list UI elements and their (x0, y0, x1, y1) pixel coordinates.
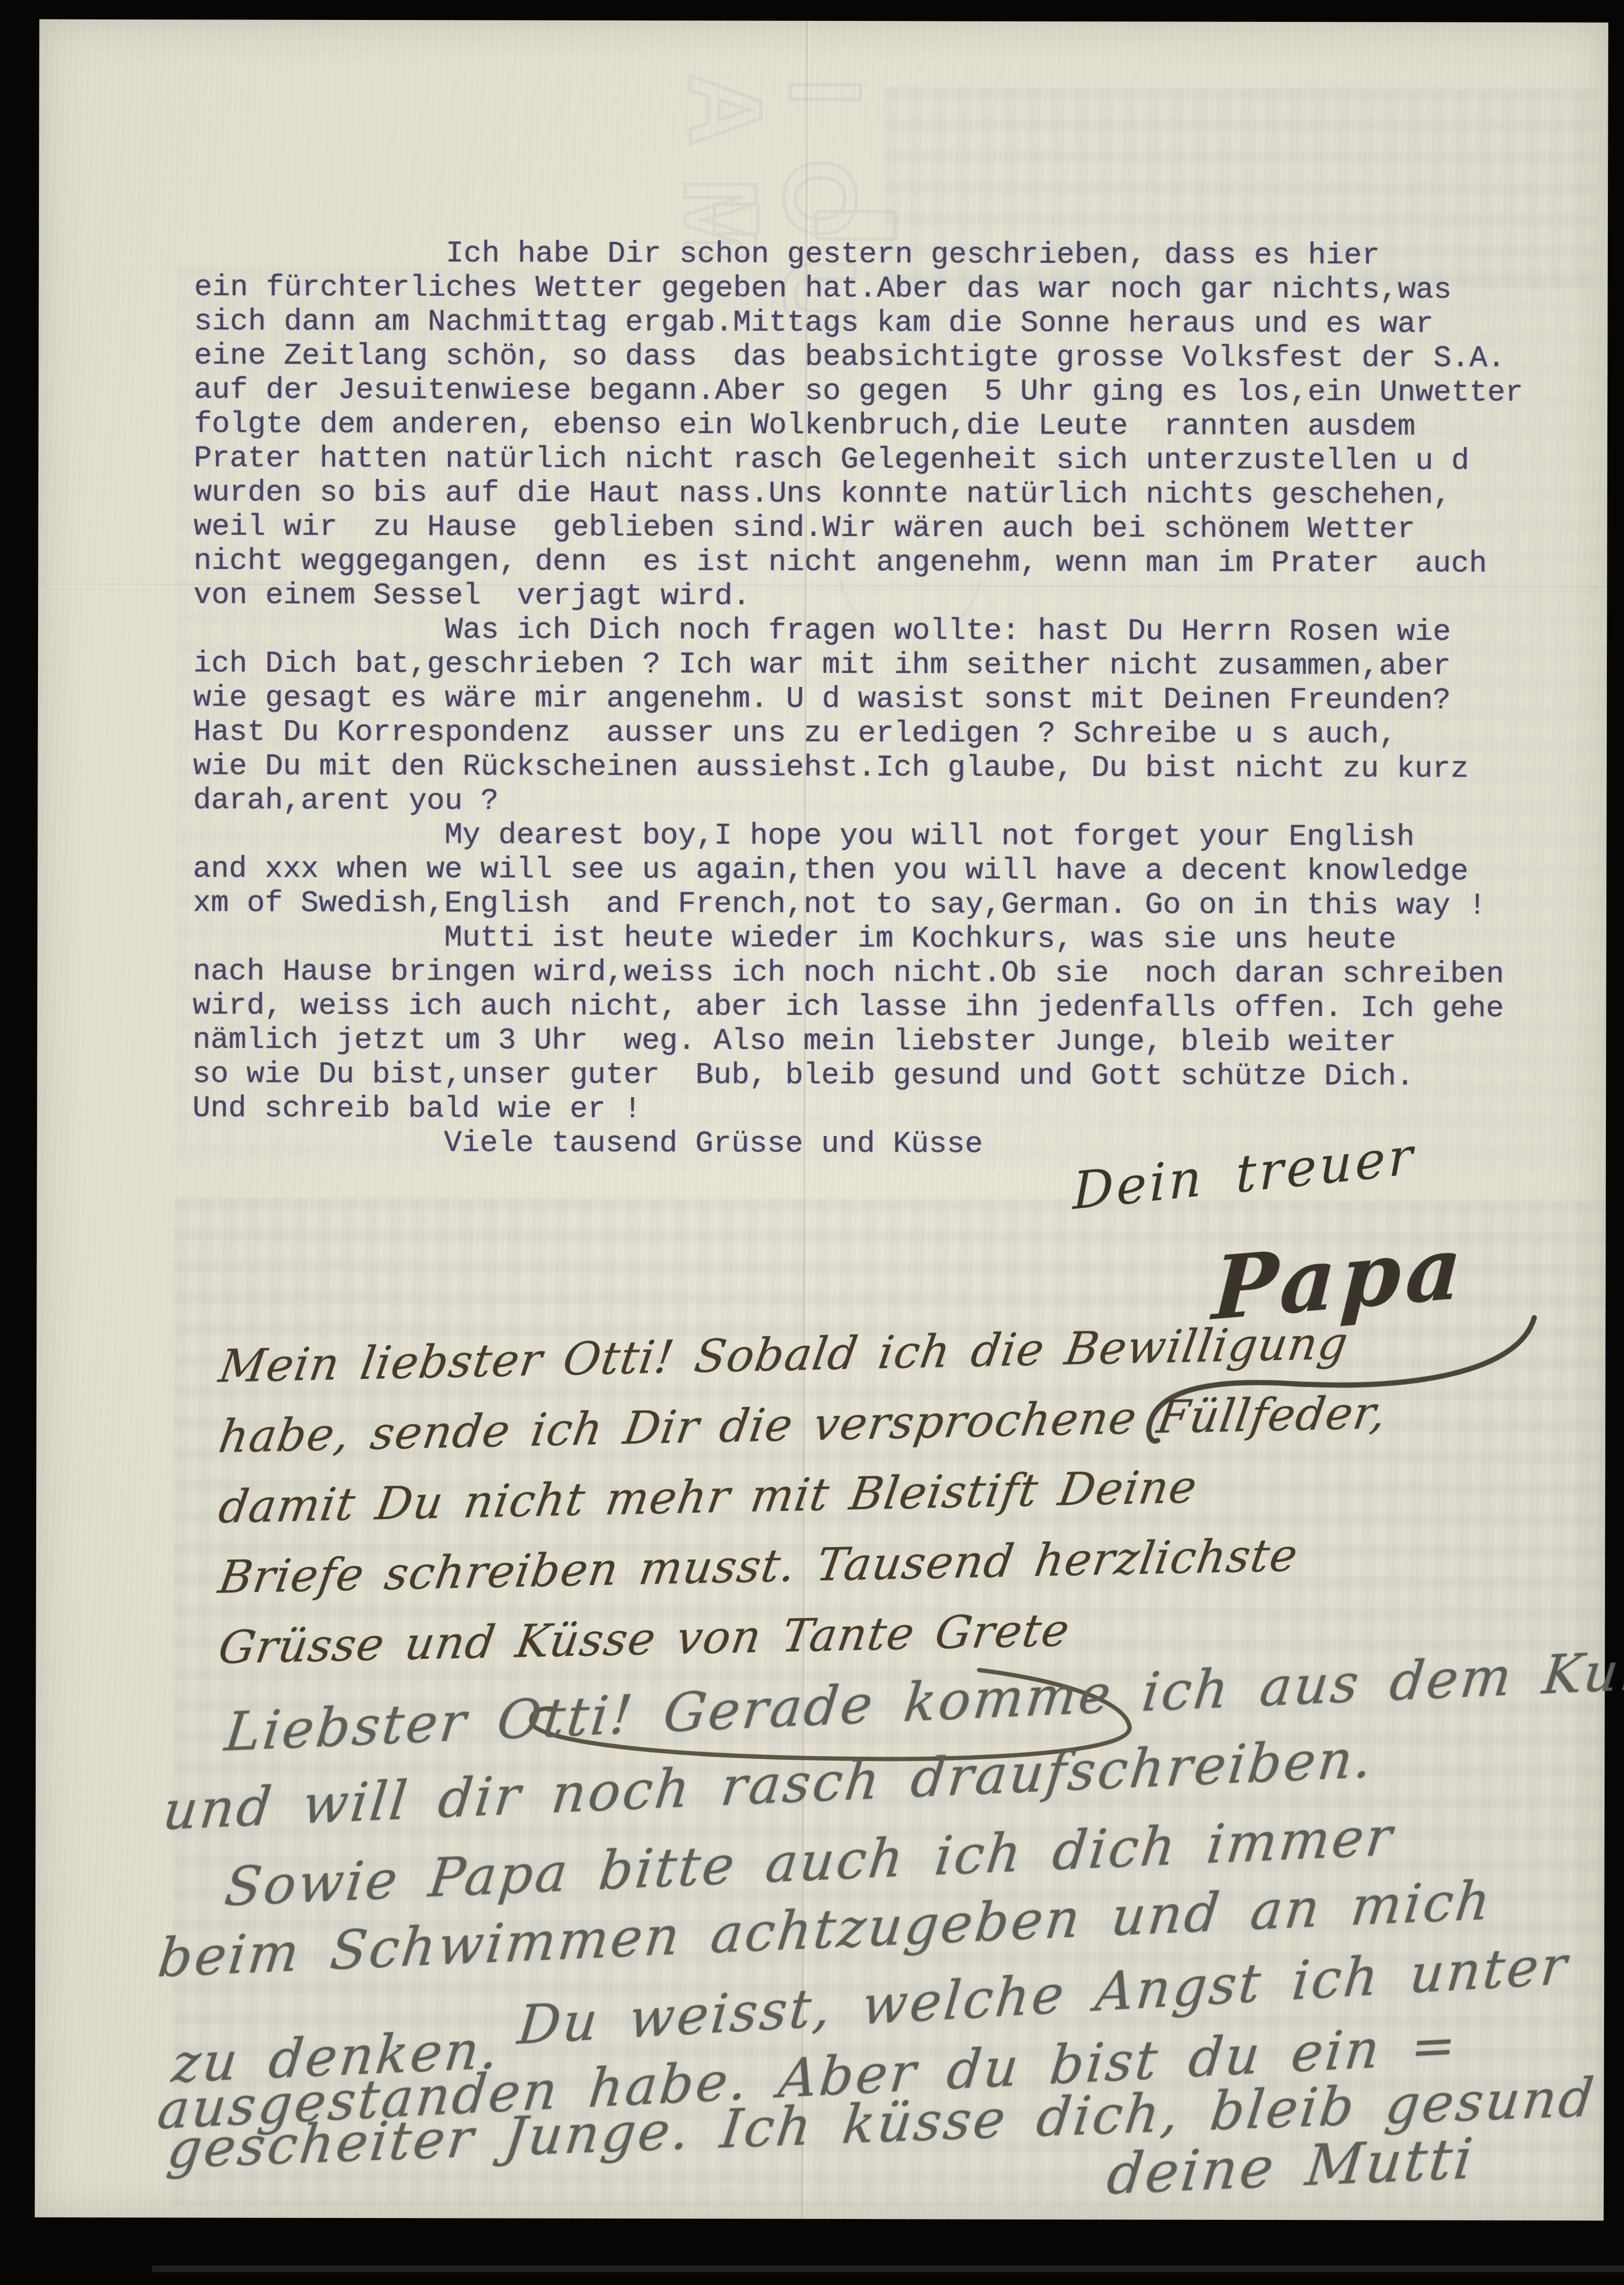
typed-letter-body: Ich habe Dir schon gestern geschrieben, … (192, 236, 1524, 1163)
scanner-edge-artifact (152, 2266, 1624, 2272)
svg-text:A: A (668, 73, 783, 147)
handwritten-line-grete: Mein liebster Otti! Sobald ich die Bewil… (216, 1317, 1352, 1393)
scanned-letter-page: { "scan": { "background_color": "#060605… (0, 0, 1624, 2285)
handwritten-line-grete: Briefe schreiben musst. Tausend herzlich… (215, 1529, 1302, 1604)
handwritten-line-grete: Grüsse und Küsse von Tante Grete (215, 1604, 1074, 1674)
handwritten-line-grete: damit Du nicht mehr mit Bleistift Deine (215, 1461, 1201, 1534)
svg-text:I: I (768, 78, 882, 106)
letter-paper-sheet: A M I O U Ich habe Dir schon gestern ges… (35, 19, 1608, 2221)
svg-text:O: O (763, 159, 878, 239)
